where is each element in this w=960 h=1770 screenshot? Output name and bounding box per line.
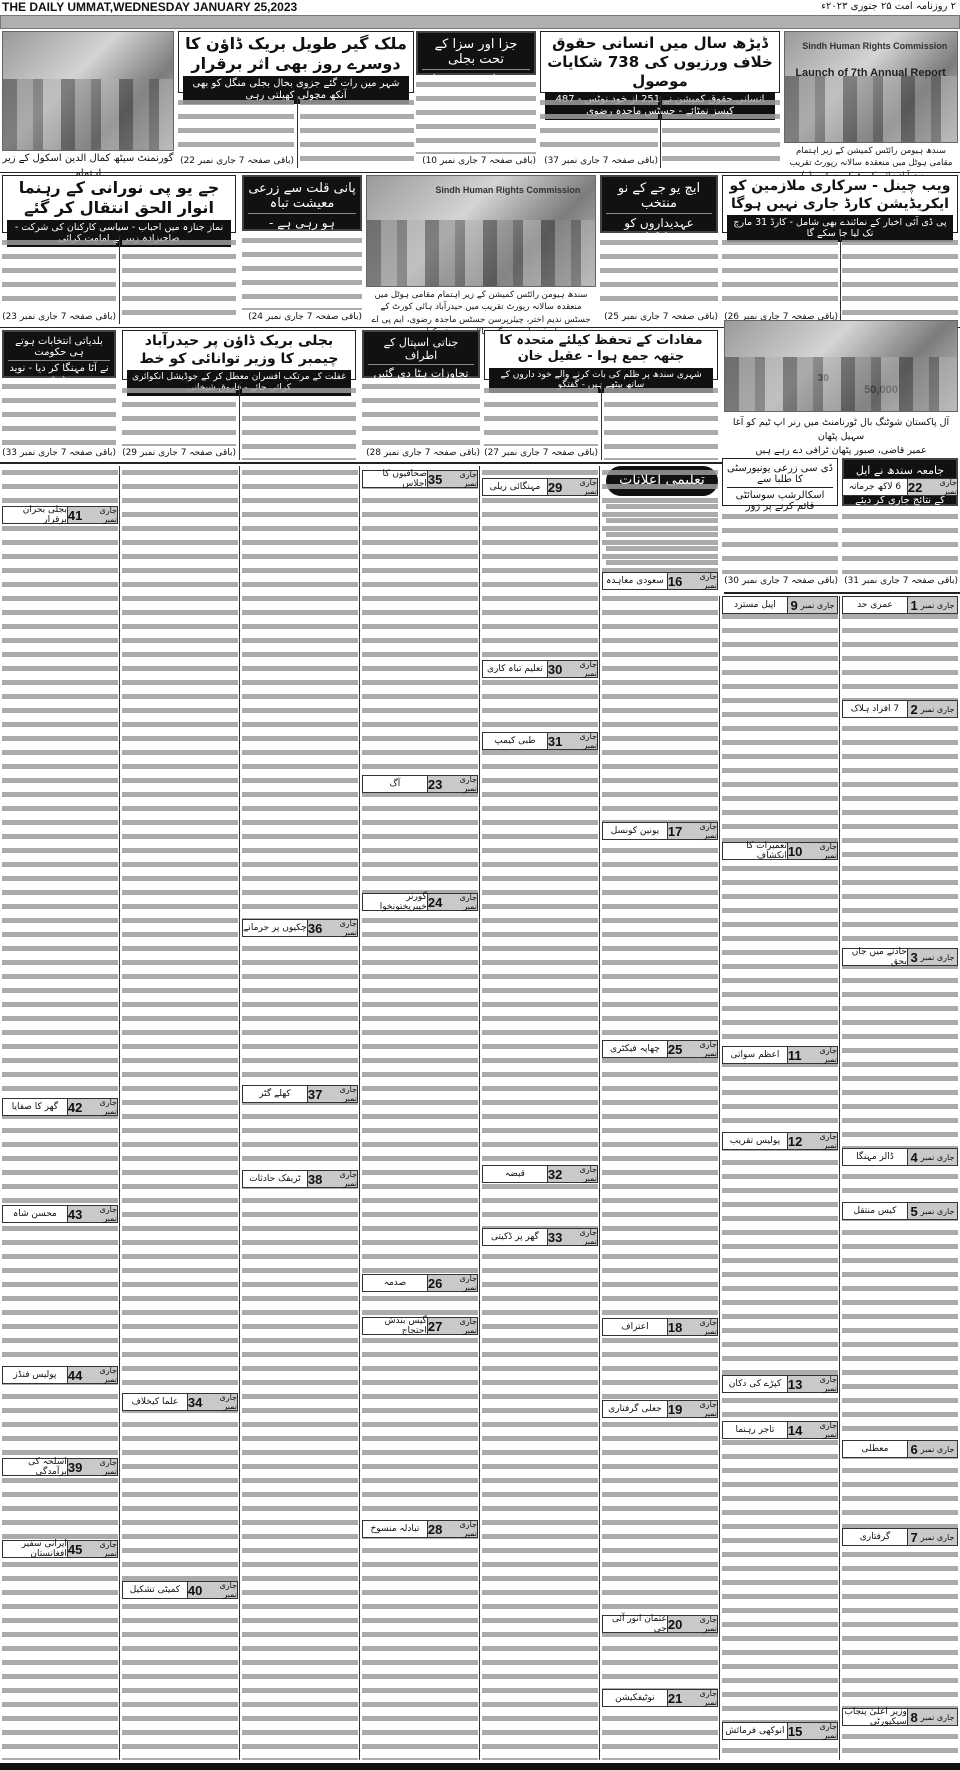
jump-number: جاری نمبر33 <box>547 1229 597 1245</box>
jump-box-6[interactable]: جاری نمبر6معطلی <box>842 1440 958 1458</box>
jump-title: کیس منتقل <box>843 1203 907 1219</box>
jump-box-18[interactable]: جاری نمبر18اعتراف <box>602 1318 718 1336</box>
continuation-column-text <box>242 466 358 1760</box>
jump-number: جاری نمبر9 <box>787 597 837 613</box>
jump-title: پولیس تقریب <box>723 1133 787 1149</box>
jump-box-27[interactable]: جاری نمبر27گیس بندش احتجاج <box>362 1317 478 1335</box>
aqeel-headline[interactable]: مفادات کے تحفظ کیلئے متحدہ کا جتھہ جمع ہ… <box>484 330 718 380</box>
jump-box-5[interactable]: جاری نمبر5کیس منتقل <box>842 1202 958 1220</box>
jump-title: نوٹیفکیشن <box>603 1690 667 1706</box>
water-text: (باقی صفحہ 7 جاری نمبر 24) <box>242 234 362 324</box>
chamber-col-2 <box>242 384 356 460</box>
jump-number: جاری نمبر22 <box>907 479 957 495</box>
jump-number: جاری نمبر37 <box>307 1086 357 1102</box>
web-channel-headline[interactable]: ویب چینل - سرکاری ملازمین کو ایکریڈیشن ک… <box>722 175 958 233</box>
column-rule <box>239 466 240 1760</box>
jump-number: جاری نمبر35 <box>427 471 477 487</box>
jump-box-8[interactable]: جاری نمبر8وزیر اعلیٰ پنجاب سیکیورٹی <box>842 1708 958 1726</box>
jump-number: جاری نمبر29 <box>547 479 597 495</box>
jump-number: جاری نمبر28 <box>427 1521 477 1537</box>
breakdown-col-1: (باقی صفحہ 7 جاری نمبر 22) <box>178 96 294 168</box>
jump-box-38[interactable]: جاری نمبر38ٹریفک حادثات <box>242 1170 358 1188</box>
jump-number: جاری نمبر5 <box>907 1203 957 1219</box>
jump-box-37[interactable]: جاری نمبر37کھلے گٹر <box>242 1085 358 1103</box>
web-channel-col-2 <box>842 236 958 324</box>
aqeel-col-2 <box>604 384 718 460</box>
jump-title: عثمان انور آئی جی <box>603 1616 667 1632</box>
column-rule <box>599 466 600 1760</box>
jump-box-33[interactable]: جاری نمبر33گھر پر ڈکیتی <box>482 1228 598 1246</box>
hrc-headline[interactable]: ڈیڑھ سال میں انسانی حقوق خلاف ورزیوں کی … <box>540 31 780 93</box>
jump-box-19[interactable]: جاری نمبر19جعلی گرفتاری <box>602 1400 718 1418</box>
jump-box-24[interactable]: جاری نمبر24گورنر خیبرپختونخوا <box>362 893 478 911</box>
masthead: THE DAILY UMMAT,WEDNESDAY JANUARY 25,202… <box>0 0 960 15</box>
huj-text: (باقی صفحہ 7 جاری نمبر 25) <box>600 236 718 324</box>
jump-box-42[interactable]: جاری نمبر42گھر کا صفایا <box>2 1098 118 1116</box>
jump-box-31[interactable]: جاری نمبر31طبی کیمپ <box>482 732 598 750</box>
jump-box-1[interactable]: جاری نمبر1عمری حد <box>842 596 958 614</box>
jump-number: جاری نمبر6 <box>907 1441 957 1457</box>
chamber-headline[interactable]: بجلی بریک ڈاؤن پر حیدرآباد چیمبر کا وزیر… <box>122 330 356 380</box>
jump-number: جاری نمبر10 <box>787 843 837 859</box>
jup-col-1: (باقی صفحہ 7 جاری نمبر 23) <box>2 236 116 324</box>
jump-box-15[interactable]: جاری نمبر15انوکھی فرمائش <box>722 1722 838 1740</box>
jump-box-13[interactable]: جاری نمبر13کپڑے کی دکان <box>722 1375 838 1393</box>
jump-number: جاری نمبر2 <box>907 701 957 717</box>
continuation-column-text <box>722 596 838 1760</box>
jump-title: اعظم سواتی <box>723 1047 787 1063</box>
column-rule <box>839 596 840 1760</box>
jump-title: گھر کا صفایا <box>3 1099 67 1115</box>
jump-title: تاجر رہنما <box>723 1422 787 1438</box>
jump-number: جاری نمبر26 <box>427 1275 477 1291</box>
jump-title: کپڑے کی دکان <box>723 1376 787 1392</box>
huj-headline-box[interactable]: ایچ یو جے کے نو منتخب عہدیداروں کو مبارک… <box>600 175 718 233</box>
column-rule <box>479 466 480 1760</box>
hrc-col-2 <box>662 96 780 168</box>
jump-title: انوکھی فرمائش <box>723 1723 787 1739</box>
jump-title: وزیر اعلیٰ پنجاب سیکیورٹی <box>843 1709 907 1725</box>
jump-number: جاری نمبر12 <box>787 1133 837 1149</box>
jump-number: جاری نمبر15 <box>787 1723 837 1739</box>
jump-box-10[interactable]: جاری نمبر10تعمیرات کا انکشاف <box>722 842 838 860</box>
hospital-text: (باقی صفحہ 7 جاری نمبر 28) <box>362 380 480 460</box>
jump-title: جعلی گرفتاری <box>603 1401 667 1417</box>
jump-box-21[interactable]: جاری نمبر21نوٹیفکیشن <box>602 1689 718 1707</box>
jump-number: جاری نمبر27 <box>427 1318 477 1334</box>
jump-box-9[interactable]: جاری نمبر9اپیل مسترد <box>722 596 838 614</box>
jump-box-29[interactable]: جاری نمبر29مہنگائی ریلی <box>482 478 598 496</box>
page-number: ۲ <box>951 1 956 12</box>
jump-number: جاری نمبر18 <box>667 1319 717 1335</box>
water-headline-box[interactable]: پانی قلت سے زرعی معیشت تباہ ہو رہی ہے - … <box>242 175 362 231</box>
jump-box-35[interactable]: جاری نمبر35صحافیوں کا اجلاس <box>362 470 478 488</box>
web-channel-col-1: (باقی صفحہ 7 جاری نمبر 26) <box>722 236 838 324</box>
jump-number: جاری نمبر36 <box>307 920 357 936</box>
jump-number: جاری نمبر31 <box>547 733 597 749</box>
local-govt-headline-box[interactable]: بلدیاتی انتخابات ہوتے ہی حکومت نے آٹا مہ… <box>2 330 116 378</box>
continuation-column-text <box>842 596 958 1760</box>
shooting-ball-photo: 30 50,000 <box>724 320 958 412</box>
jump-box-12[interactable]: جاری نمبر12پولیس تقریب <box>722 1132 838 1150</box>
jump-number: جاری نمبر19 <box>667 1401 717 1417</box>
jump-box-2[interactable]: جاری نمبر27 افراد ہلاک <box>842 700 958 718</box>
jump-number: جاری نمبر20 <box>667 1616 717 1632</box>
hospital-headline-box[interactable]: جناتی اسپتال کے اطراف تجاوزات ہٹا دی گئی… <box>362 330 480 378</box>
jump-title: گورنر خیبرپختونخوا <box>363 894 427 910</box>
jump-title: اپیل مسترد <box>723 597 787 613</box>
jump-box-44[interactable]: جاری نمبر44پولیس فنڈز <box>2 1366 118 1384</box>
continuation-column-text <box>122 466 238 1760</box>
local-govt-text: (باقی صفحہ 7 جاری نمبر 33) <box>2 380 116 460</box>
jump-number: جاری نمبر16 <box>667 573 717 589</box>
jump-number: جاری نمبر3 <box>907 949 957 965</box>
jump-number: جاری نمبر44 <box>67 1367 117 1383</box>
jump-number: جاری نمبر32 <box>547 1166 597 1182</box>
jump-title: عمری حد <box>843 597 907 613</box>
jump-title: تعلیم تباہ کاری <box>483 661 547 677</box>
jump-box-16[interactable]: جاری نمبر16سعودی معاہدہ <box>602 572 718 590</box>
sepco-text: (باقی صفحہ 7 جاری نمبر 10) <box>416 78 536 168</box>
jump-box-3[interactable]: جاری نمبر3حادثے میں جاں بحق <box>842 948 958 966</box>
jump-box-22[interactable]: جاری نمبر226 لاکھ جرمانہ <box>842 478 958 496</box>
jup-headline[interactable]: جے یو پی نورانی کے رہنما انوار الحق انتق… <box>2 175 236 233</box>
jump-title: تبادلہ منسوخ <box>363 1521 427 1537</box>
jump-box-32[interactable]: جاری نمبر32قبضہ <box>482 1165 598 1183</box>
jump-title: علما کیخلاف <box>123 1394 187 1410</box>
jump-number: جاری نمبر25 <box>667 1041 717 1057</box>
jump-title: حادثے میں جاں بحق <box>843 949 907 965</box>
jump-box-41[interactable]: جاری نمبر41بجلی بحران برقرار <box>2 506 118 524</box>
jump-title: چکیوں پر جرمانے <box>243 920 307 936</box>
jump-title: ایرانی سفیر افغانستان <box>3 1541 67 1557</box>
jump-box-26[interactable]: جاری نمبر26صدمہ <box>362 1274 478 1292</box>
column-rule <box>719 596 720 1760</box>
jump-title: ٹریفک حادثات <box>243 1171 307 1187</box>
jump-box-23[interactable]: جاری نمبر23آگ <box>362 775 478 793</box>
jump-title: قبضہ <box>483 1166 547 1182</box>
sports-gala-photo <box>2 31 174 151</box>
jump-title: آگ <box>363 776 427 792</box>
jump-number: جاری نمبر30 <box>547 661 597 677</box>
jump-number: جاری نمبر13 <box>787 1376 837 1392</box>
jump-number: جاری نمبر1 <box>907 597 957 613</box>
jump-box-7[interactable]: جاری نمبر7گرفتاری <box>842 1528 958 1546</box>
jump-number: جاری نمبر23 <box>427 776 477 792</box>
jump-title: گیس بندش احتجاج <box>363 1318 427 1334</box>
llb-results-text: (باقی صفحہ 7 جاری نمبر 31) <box>842 510 958 588</box>
jump-title: ڈالر مہنگا <box>843 1149 907 1165</box>
page-bottom-rule <box>0 1763 960 1770</box>
jump-title: یونین کونسل <box>603 823 667 839</box>
column-rule <box>119 466 120 1760</box>
jump-number: جاری نمبر38 <box>307 1171 357 1187</box>
jump-box-43[interactable]: جاری نمبر43محسن شاہ <box>2 1205 118 1223</box>
jump-title: چھاپہ فیکٹری <box>603 1041 667 1057</box>
jump-title: محسن شاہ <box>3 1206 67 1222</box>
jump-box-45[interactable]: جاری نمبر45ایرانی سفیر افغانستان <box>2 1540 118 1558</box>
jump-box-30[interactable]: جاری نمبر30تعلیم تباہ کاری <box>482 660 598 678</box>
jump-number: جاری نمبر14 <box>787 1422 837 1438</box>
jump-title: معطلی <box>843 1441 907 1457</box>
jump-number: جاری نمبر39 <box>67 1459 117 1475</box>
jump-title: صدمہ <box>363 1275 427 1291</box>
jump-title: گرفتاری <box>843 1529 907 1545</box>
jump-box-17[interactable]: جاری نمبر17یونین کونسل <box>602 822 718 840</box>
jup-col-2 <box>122 236 236 324</box>
jump-title: گھر پر ڈکیتی <box>483 1229 547 1245</box>
jump-title: کھلے گٹر <box>243 1086 307 1102</box>
jump-number: جاری نمبر45 <box>67 1541 117 1557</box>
continuation-column-text <box>362 466 478 1760</box>
aqeel-col-1: (باقی صفحہ 7 جاری نمبر 27) <box>484 384 598 460</box>
jump-number: جاری نمبر41 <box>67 507 117 523</box>
jump-number: جاری نمبر34 <box>187 1394 237 1410</box>
jump-title: 7 افراد ہلاک <box>843 701 907 717</box>
masthead-urdu-date: ۲ روزنامہ امت ۲۵ جنوری ۲۰۲۳ء <box>821 1 956 12</box>
hrc-report-photo-2: Sindh Human Rights Commission <box>366 175 596 287</box>
jump-title: اعتراف <box>603 1319 667 1335</box>
jump-title: مہنگائی ریلی <box>483 479 547 495</box>
scholarship-text: (باقی صفحہ 7 جاری نمبر 30) <box>722 510 838 588</box>
jump-number: جاری نمبر40 <box>187 1582 237 1598</box>
shooting-ball-caption: آل پاکستان شوٹنگ بال ٹورنامنٹ میں رنر اپ… <box>724 416 958 457</box>
jump-title: صحافیوں کا اجلاس <box>363 471 427 487</box>
breakdown-col-2 <box>300 96 414 168</box>
jump-title: تعمیرات کا انکشاف <box>723 843 787 859</box>
jump-number: جاری نمبر8 <box>907 1709 957 1725</box>
jump-number: جاری نمبر7 <box>907 1529 957 1545</box>
jump-number: جاری نمبر4 <box>907 1149 957 1165</box>
breakdown-headline[interactable]: ملک گیر طویل بریک ڈاؤن کا دوسرے روز بھی … <box>178 31 414 93</box>
jump-number: جاری نمبر21 <box>667 1690 717 1706</box>
hrc-col-1: (باقی صفحہ 7 جاری نمبر 37) <box>540 96 658 168</box>
jump-box-14[interactable]: جاری نمبر14تاجر رہنما <box>722 1421 838 1439</box>
masthead-rule <box>0 15 960 29</box>
jump-box-39[interactable]: جاری نمبر39اسلحہ کی برآمدگی <box>2 1458 118 1476</box>
jump-title: پولیس فنڈز <box>3 1367 67 1383</box>
jump-number: جاری نمبر17 <box>667 823 717 839</box>
jump-box-25[interactable]: جاری نمبر25چھاپہ فیکٹری <box>602 1040 718 1058</box>
jump-number: جاری نمبر11 <box>787 1047 837 1063</box>
jump-title: سعودی معاہدہ <box>603 573 667 589</box>
sepco-headline-box[interactable]: جزا اور سزا کے تحت بجلی چور صارف پر جرما… <box>416 31 536 75</box>
jump-title: کمیٹی تشکیل <box>123 1582 187 1598</box>
jump-title: 6 لاکھ جرمانہ <box>843 479 907 495</box>
column-rule <box>359 466 360 1760</box>
jump-number: جاری نمبر24 <box>427 894 477 910</box>
hrc-report-photo: Sindh Human Rights Commission Launch of … <box>784 31 958 143</box>
jump-box-11[interactable]: جاری نمبر11اعظم سواتی <box>722 1046 838 1064</box>
jump-title: اسلحہ کی برآمدگی <box>3 1459 67 1475</box>
jump-box-20[interactable]: جاری نمبر20عثمان انور آئی جی <box>602 1615 718 1633</box>
jump-number: جاری نمبر42 <box>67 1099 117 1115</box>
jump-box-40[interactable]: جاری نمبر40کمیٹی تشکیل <box>122 1581 238 1599</box>
jump-box-4[interactable]: جاری نمبر4ڈالر مہنگا <box>842 1148 958 1166</box>
jump-box-36[interactable]: جاری نمبر36چکیوں پر جرمانے <box>242 919 358 937</box>
jump-box-34[interactable]: جاری نمبر34علما کیخلاف <box>122 1393 238 1411</box>
chamber-col-1: (باقی صفحہ 7 جاری نمبر 29) <box>122 384 236 460</box>
jump-title: بجلی بحران برقرار <box>3 507 67 523</box>
scholarship-headline-box[interactable]: ڈی سی زرعی یونیورسٹی کا طلبا سے اسکالرشپ… <box>722 458 838 506</box>
jump-number: جاری نمبر43 <box>67 1206 117 1222</box>
jump-box-28[interactable]: جاری نمبر28تبادلہ منسوخ <box>362 1520 478 1538</box>
jump-title: طبی کیمپ <box>483 733 547 749</box>
continuation-column-text <box>602 466 718 1760</box>
masthead-english-title: THE DAILY UMMAT,WEDNESDAY JANUARY 25,202… <box>2 0 297 14</box>
